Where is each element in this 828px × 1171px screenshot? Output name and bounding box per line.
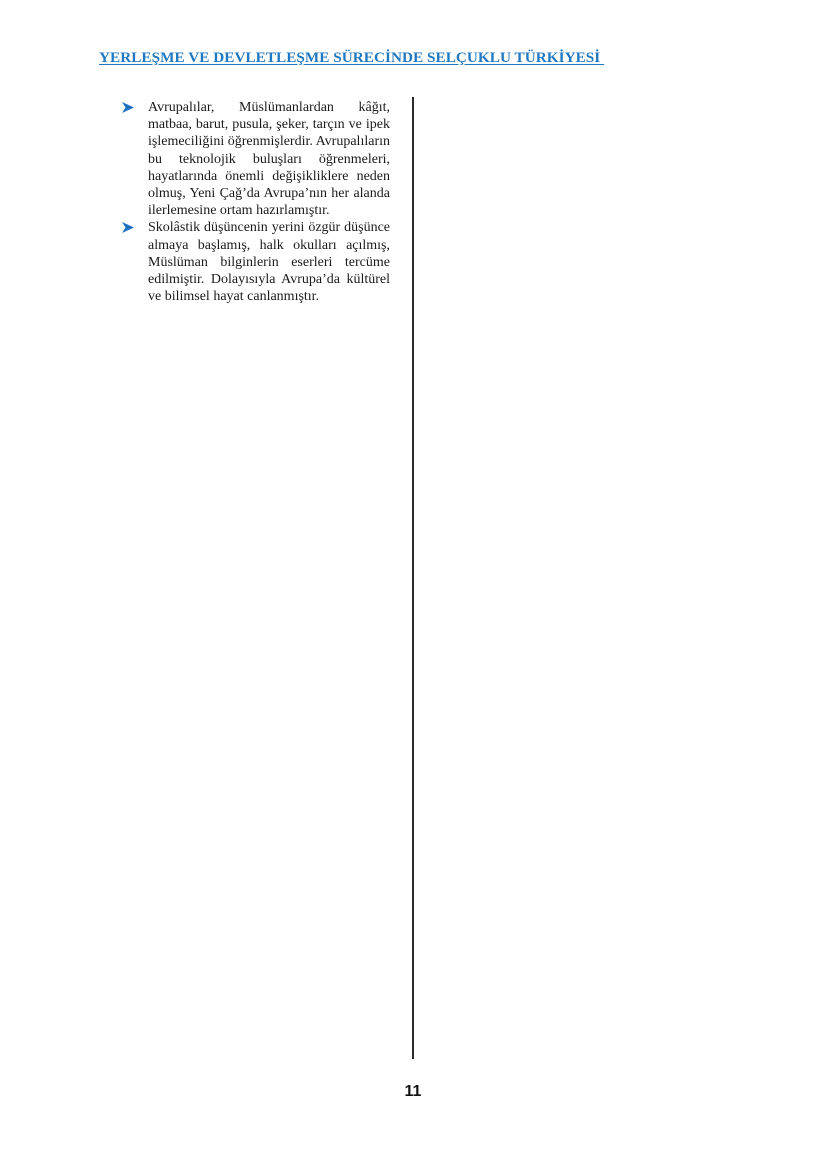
arrowhead-bullet-icon (122, 222, 134, 233)
bullet-text: Avrupalılar, Müslümanlardan kâğıt, matba… (148, 100, 390, 218)
arrowhead-bullet-icon (122, 102, 134, 113)
page-number-text: 11 (405, 1083, 422, 1100)
list-item: Skolâstik düşüncenin yerini özgür düşünc… (122, 219, 390, 305)
column-divider (412, 97, 414, 1059)
left-column: Avrupalılar, Müslümanlardan kâğıt, matba… (122, 99, 390, 305)
page-number: 11 (0, 1083, 828, 1101)
bullet-text: Skolâstik düşüncenin yerini özgür düşünc… (148, 220, 390, 304)
list-item: Avrupalılar, Müslümanlardan kâğıt, matba… (122, 99, 390, 219)
bullet-list: Avrupalılar, Müslümanlardan kâğıt, matba… (122, 99, 390, 305)
page-header-title: YERLEŞME VE DEVLETLEŞME SÜRECİNDE SELÇUK… (99, 49, 604, 67)
